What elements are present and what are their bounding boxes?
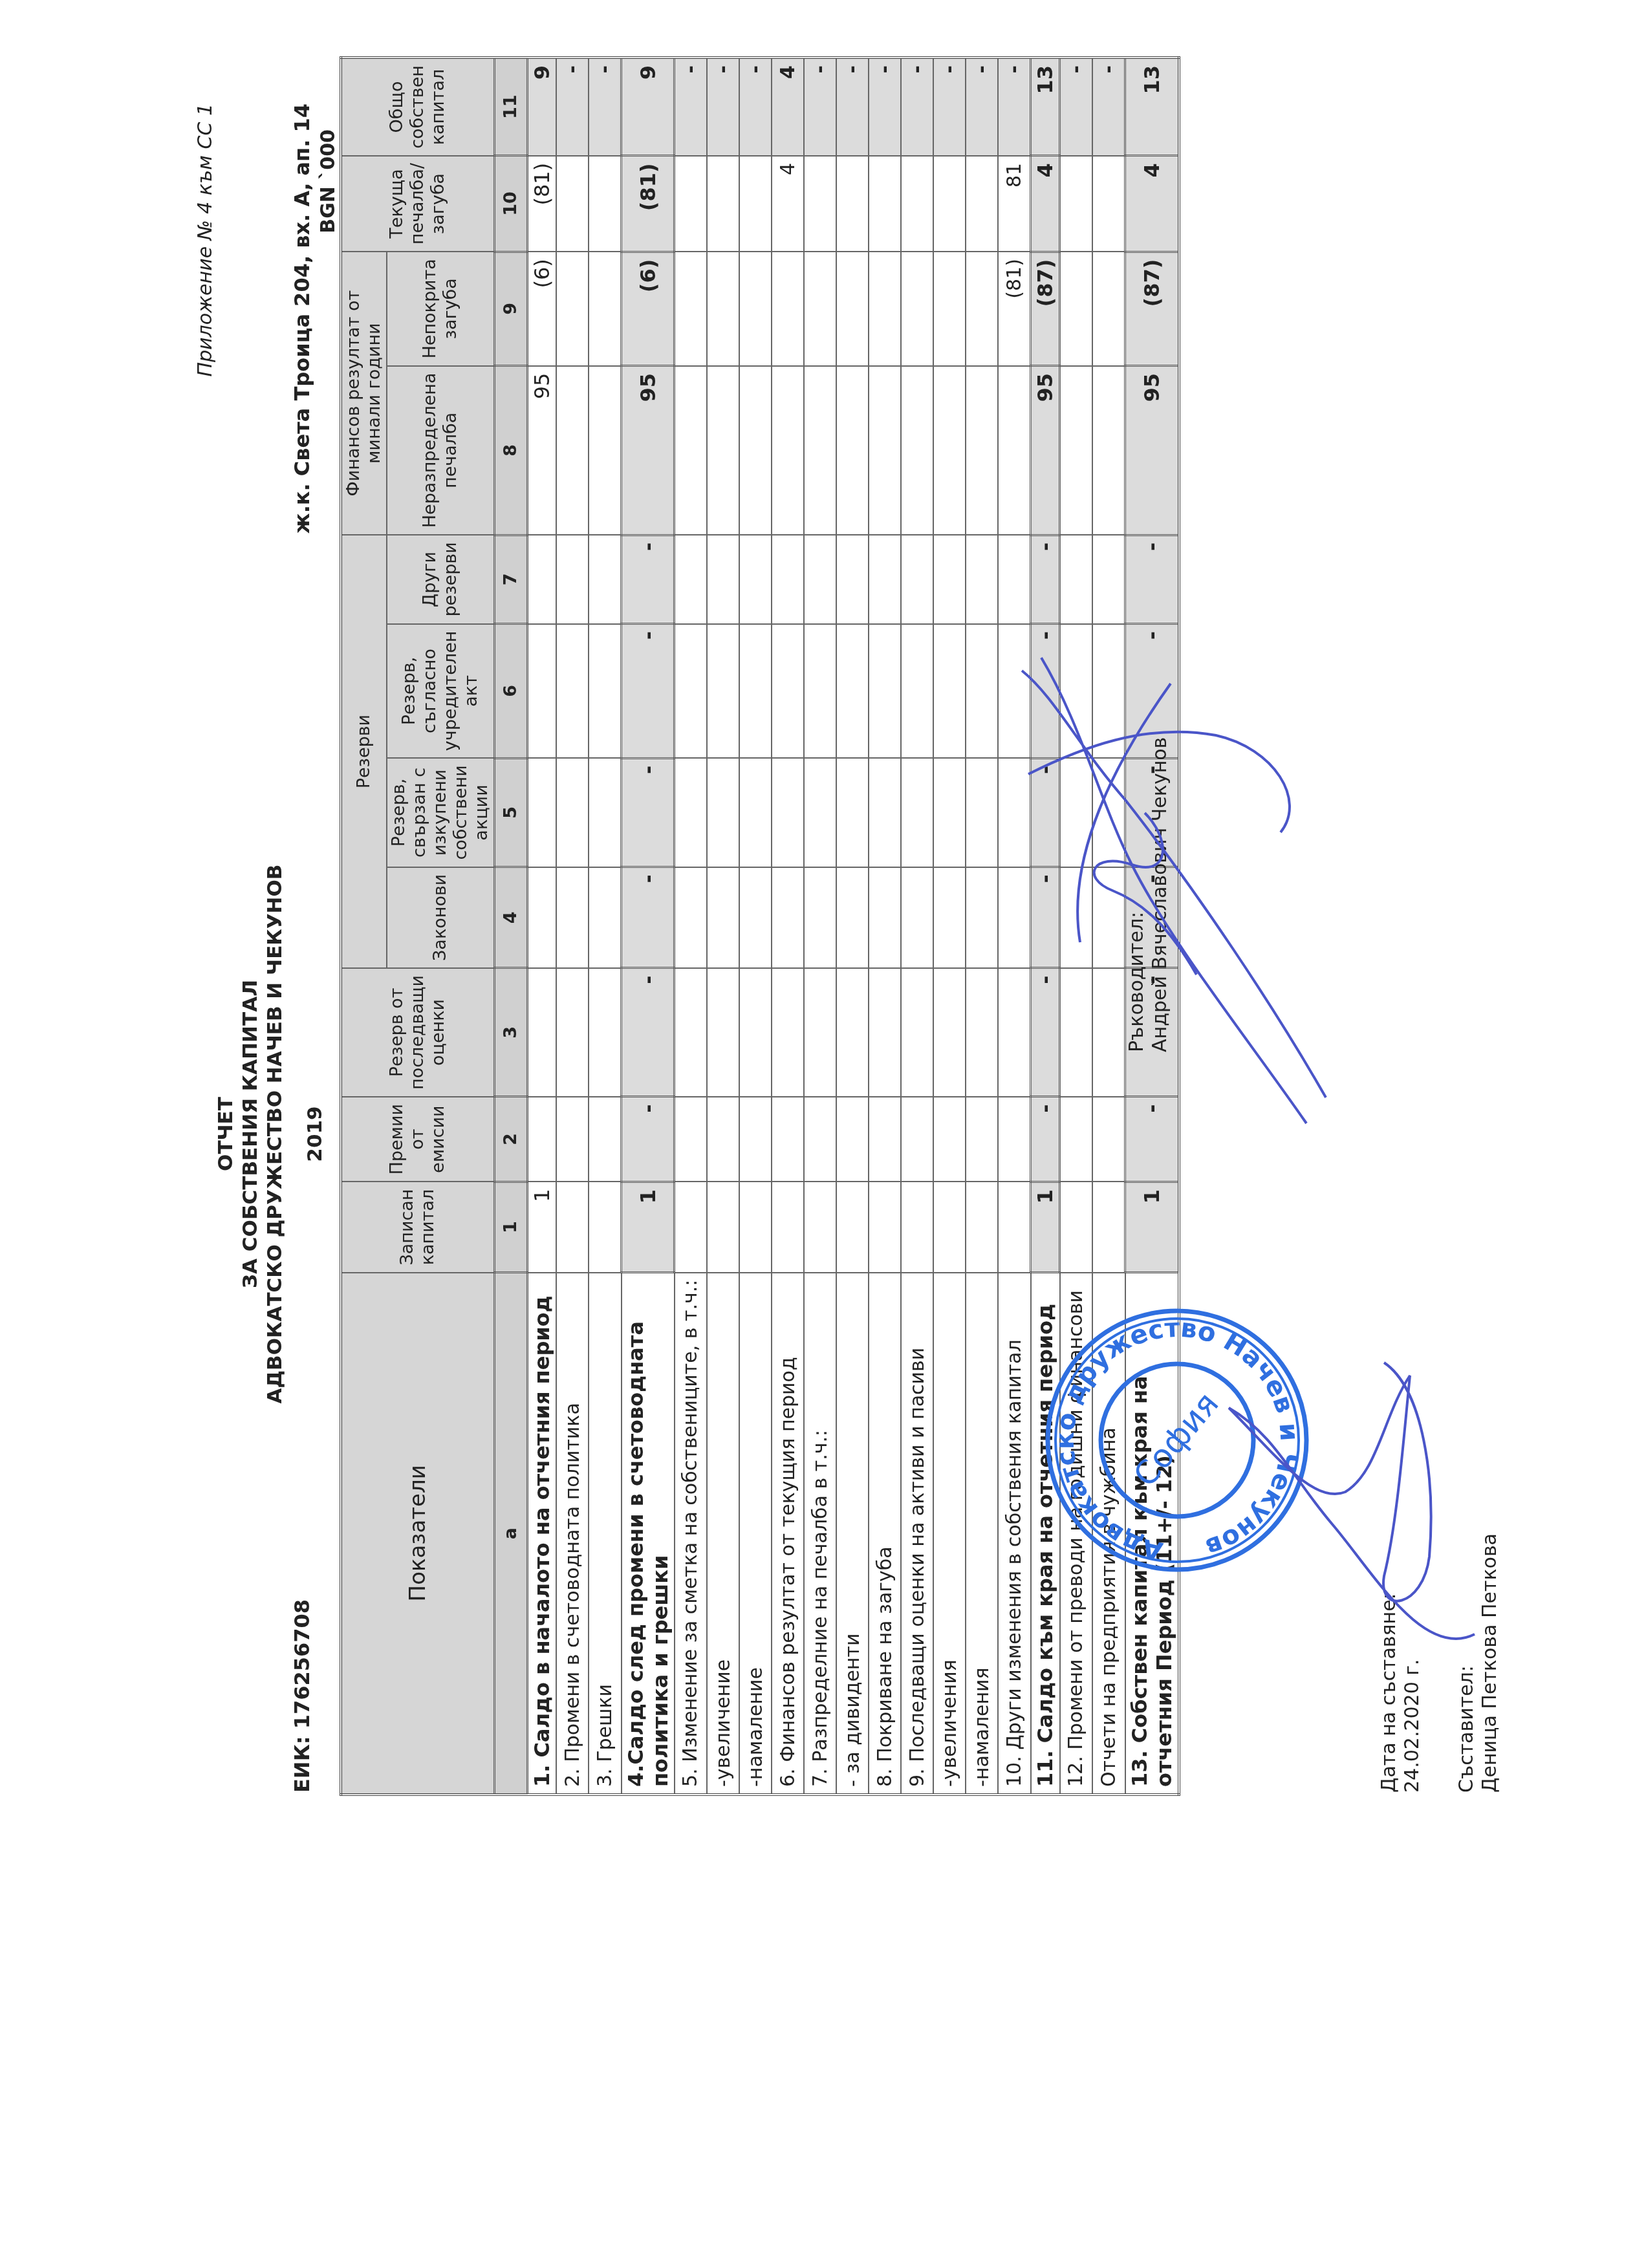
cell-value (1092, 156, 1125, 252)
cell-value (966, 1182, 998, 1272)
cell-value (836, 366, 869, 535)
cell-value (739, 1182, 772, 1272)
cell-value (933, 867, 966, 968)
table-row: -увеличение- (707, 58, 739, 1795)
cell-value: - (622, 1097, 675, 1182)
cell-value (589, 156, 622, 252)
column-number: 4 (495, 867, 528, 968)
manager-signature-icon (1002, 645, 1339, 1136)
cell-value (675, 1097, 708, 1182)
header-retained-profit: Неразпределена печалба (387, 366, 495, 535)
row-label: 7. Разпределние на печалба в т.ч.: (804, 1273, 836, 1795)
cell-value (869, 252, 901, 365)
cell-value (804, 1182, 836, 1272)
cell-value (556, 867, 589, 968)
column-number: 5 (495, 758, 528, 867)
row-label: 2. Промени в счетоводната политика (556, 1273, 589, 1795)
cell-value (556, 758, 589, 867)
cell-value (589, 252, 622, 365)
cell-value: - (998, 58, 1031, 156)
row-label: 5. Изменение за сметка на собствениците,… (675, 1273, 708, 1795)
table-row: 8. Покриване на загуба- (869, 58, 901, 1795)
cell-value: - (901, 58, 933, 156)
table-row: -увеличения- (933, 58, 966, 1795)
cell-value: - (869, 58, 901, 156)
cell-value (772, 624, 804, 759)
cell-value: 95 (1031, 366, 1060, 535)
header-indicators: Показатели (341, 1273, 495, 1795)
cell-value (528, 758, 557, 867)
cell-value (556, 1182, 589, 1272)
cell-value: 4 (1125, 156, 1179, 252)
cell-value (772, 968, 804, 1097)
header-prior-results-group: Финансов резултат от минали години (341, 252, 387, 535)
header-other-reserves: Други резерви (387, 535, 495, 623)
header-registered-capital: Записан капитал (341, 1182, 495, 1272)
cell-value (966, 867, 998, 968)
cell-value (869, 1182, 901, 1272)
row-label: 3. Грешки (589, 1273, 622, 1795)
cell-value (675, 535, 708, 623)
cell-value (998, 535, 1031, 623)
cell-value (966, 252, 998, 365)
cell-value (869, 968, 901, 1097)
column-number: 2 (495, 1097, 528, 1182)
cell-value (707, 1182, 739, 1272)
cell-value: 9 (528, 58, 557, 156)
table-row: 3. Грешки- (589, 58, 622, 1795)
cell-value (1092, 366, 1125, 535)
cell-value: - (622, 968, 675, 1097)
title-line-2: ЗА СОБСТВЕНИЯ КАПИТАЛ (238, 0, 263, 2268)
header-total-equity: Общо собствен капитал (341, 58, 495, 156)
row-label: 10. Други изменения в собствения капитал (998, 1273, 1031, 1795)
cell-value (933, 758, 966, 867)
cell-value (772, 867, 804, 968)
cell-value: - (707, 58, 739, 156)
cell-value: - (1092, 58, 1125, 156)
header-current-result: Текуща печалба/загуба (341, 156, 495, 252)
cell-value (1060, 366, 1093, 535)
cell-value (675, 252, 708, 365)
cell-value (836, 968, 869, 1097)
column-number: 3 (495, 968, 528, 1097)
cell-value (707, 968, 739, 1097)
cell-value (804, 252, 836, 365)
cell-value (804, 867, 836, 968)
cell-value (836, 1182, 869, 1272)
cell-value (901, 1182, 933, 1272)
cell-value (739, 156, 772, 252)
header-reserves-group: Резерви (341, 535, 387, 968)
row-label: 4.Салдо след промени в счетоводната поли… (622, 1273, 675, 1795)
row-label: 6. Финансов резултат от текущия период (772, 1273, 804, 1795)
cell-value (933, 156, 966, 252)
cell-value (869, 867, 901, 968)
cell-value (836, 156, 869, 252)
cell-value (933, 252, 966, 365)
column-number: 11 (495, 58, 528, 156)
table-row: 4.Салдо след промени в счетоводната поли… (622, 58, 675, 1795)
cell-value (739, 1097, 772, 1182)
table-row: 6. Финансов резултат от текущия период44 (772, 58, 804, 1795)
cell-value (739, 535, 772, 623)
cell-value: 13 (1125, 58, 1179, 156)
cell-value (901, 1097, 933, 1182)
cell-value (901, 968, 933, 1097)
cell-value (772, 758, 804, 867)
title-line-1: ОТЧЕТ (213, 0, 238, 2268)
cell-value (556, 624, 589, 759)
cell-value (1060, 156, 1093, 252)
cell-value (589, 624, 622, 759)
cell-value (804, 1097, 836, 1182)
cell-value (966, 366, 998, 535)
cell-value (869, 366, 901, 535)
cell-value: - (622, 535, 675, 623)
cell-value (933, 968, 966, 1097)
column-number: 9 (495, 252, 528, 365)
cell-value (589, 366, 622, 535)
cell-value (556, 156, 589, 252)
cell-value (707, 156, 739, 252)
cell-value: 9 (622, 58, 675, 156)
cell-value (966, 624, 998, 759)
cell-value: - (933, 58, 966, 156)
cell-value (675, 624, 708, 759)
cell-value (804, 156, 836, 252)
cell-value (528, 535, 557, 623)
cell-value (707, 624, 739, 759)
cell-value (772, 535, 804, 623)
cell-value (869, 1097, 901, 1182)
cell-value (589, 535, 622, 623)
cell-value (869, 758, 901, 867)
cell-value (675, 758, 708, 867)
cell-value (528, 1097, 557, 1182)
cell-value: 95 (622, 366, 675, 535)
cell-value (901, 624, 933, 759)
table-row: 1. Салдо в началото на отчетния период19… (528, 58, 557, 1795)
cell-value (772, 1182, 804, 1272)
cell-value: - (622, 867, 675, 968)
cell-value (675, 1182, 708, 1272)
cell-value: - (556, 58, 589, 156)
cell-value: - (675, 58, 708, 156)
cell-value (804, 535, 836, 623)
currency-unit: BGN `000 (317, 129, 340, 233)
cell-value (589, 968, 622, 1097)
svg-text:София: София (1126, 1385, 1226, 1494)
cell-value (901, 366, 933, 535)
cell-value (1092, 535, 1125, 623)
cell-value: 1 (528, 1182, 557, 1272)
cell-value: 4 (1031, 156, 1060, 252)
cell-value (1060, 1182, 1093, 1272)
cell-value (589, 1097, 622, 1182)
cell-value: (6) (528, 252, 557, 365)
cell-value (556, 252, 589, 365)
cell-value (836, 867, 869, 968)
cell-value (772, 1097, 804, 1182)
cell-value (739, 758, 772, 867)
cell-value (675, 867, 708, 968)
cell-value (869, 156, 901, 252)
cell-value: 4 (772, 58, 804, 156)
cell-value: - (836, 58, 869, 156)
row-label: -увеличение (707, 1273, 739, 1795)
cell-value (804, 758, 836, 867)
cell-value (739, 366, 772, 535)
cell-value: - (966, 58, 998, 156)
table-row: 2. Промени в счетоводната политика- (556, 58, 589, 1795)
cell-value (933, 366, 966, 535)
header-revaluation-reserve: Резерв от последващи оценки (341, 968, 495, 1097)
cell-value (528, 867, 557, 968)
cell-value (707, 535, 739, 623)
cell-value (589, 758, 622, 867)
cell-value (901, 252, 933, 365)
table-row: -намаления- (966, 58, 998, 1795)
cell-value (836, 758, 869, 867)
cell-value (739, 252, 772, 365)
cell-value: - (739, 58, 772, 156)
cell-value (966, 1097, 998, 1182)
compiler-signature-icon (1216, 1350, 1488, 1686)
cell-value (739, 867, 772, 968)
cell-value (901, 535, 933, 623)
cell-value: - (1031, 535, 1060, 623)
cell-value: 95 (1125, 366, 1179, 535)
column-number: 7 (495, 535, 528, 623)
header-uncovered-loss: Непокрита загуба (387, 252, 495, 365)
cell-value (772, 252, 804, 365)
table-row: 5. Изменение за сметка на собствениците,… (675, 58, 708, 1795)
row-label: -намаления (966, 1273, 998, 1795)
cell-value: - (622, 758, 675, 867)
cell-value (869, 535, 901, 623)
cell-value (1092, 252, 1125, 365)
title-line-3: АДВОКАТСКО ДРУЖЕСТВО НАЧЕВ И ЧЕКУНОВ (263, 0, 287, 2268)
cell-value (804, 968, 836, 1097)
cell-value: - (1060, 58, 1093, 156)
cell-value (998, 366, 1031, 535)
table-row: 7. Разпределние на печалба в т.ч.:- (804, 58, 836, 1795)
cell-value (869, 624, 901, 759)
table-row: - за дивиденти- (836, 58, 869, 1795)
cell-value (556, 366, 589, 535)
cell-value (933, 535, 966, 623)
column-number: а (495, 1273, 528, 1795)
cell-value (556, 1097, 589, 1182)
document-page: Приложение № 4 към СС 1 ОТЧЕТ ЗА СОБСТВЕ… (0, 0, 1635, 2268)
cell-value: (87) (1031, 252, 1060, 365)
cell-value: - (622, 624, 675, 759)
cell-value (675, 968, 708, 1097)
company-eik: ЕИК: 176256708 (290, 1599, 314, 1793)
cell-value (901, 867, 933, 968)
cell-value (966, 535, 998, 623)
cell-value: (81) (528, 156, 557, 252)
column-number-row: а1234567891011 (495, 58, 528, 1795)
cell-value (804, 366, 836, 535)
cell-value (1092, 1182, 1125, 1272)
row-label: -увеличения (933, 1273, 966, 1795)
cell-value: (81) (622, 156, 675, 252)
cell-value (707, 758, 739, 867)
cell-value: 1 (1125, 1182, 1179, 1272)
cell-value (933, 1182, 966, 1272)
cell-value (804, 624, 836, 759)
cell-value (966, 758, 998, 867)
cell-value (933, 1097, 966, 1182)
row-label: - за дивиденти (836, 1273, 869, 1795)
cell-value: - (589, 58, 622, 156)
cell-value (675, 366, 708, 535)
header-statutory-reserve: Резерв, съгласно учредителен акт (387, 624, 495, 759)
cell-value (836, 252, 869, 365)
cell-value (589, 867, 622, 968)
cell-value (966, 156, 998, 252)
column-number: 10 (495, 156, 528, 252)
cell-value (836, 1097, 869, 1182)
cell-value (707, 252, 739, 365)
cell-value: 13 (1031, 58, 1060, 156)
cell-value (1060, 535, 1093, 623)
cell-value: (87) (1125, 252, 1179, 365)
cell-value (901, 156, 933, 252)
cell-value (707, 366, 739, 535)
cell-value (739, 624, 772, 759)
cell-value: (6) (622, 252, 675, 365)
cell-value: 4 (772, 156, 804, 252)
cell-value: - (1125, 535, 1179, 623)
cell-value: 1 (622, 1182, 675, 1272)
cell-value: 95 (528, 366, 557, 535)
row-label: 1. Салдо в началото на отчетния период (528, 1273, 557, 1795)
row-label: 9. Последващи оценки на активи и пасиви (901, 1273, 933, 1795)
cell-value: (81) (998, 252, 1031, 365)
column-number: 6 (495, 624, 528, 759)
row-label: -намаление (739, 1273, 772, 1795)
header-share-premium: Премии от емисии (341, 1097, 495, 1182)
cell-value (772, 366, 804, 535)
cell-value (1060, 252, 1093, 365)
column-number: 1 (495, 1182, 528, 1272)
table-row: -намаление- (739, 58, 772, 1795)
header-legal-reserves: Законови (387, 867, 495, 968)
table-row: 9. Последващи оценки на активи и пасиви- (901, 58, 933, 1795)
cell-value (998, 1182, 1031, 1272)
cell-value (966, 968, 998, 1097)
company-address: ж.к. Света Троица 204, вх. А, ап. 14 (290, 103, 314, 534)
cell-value: 81 (998, 156, 1031, 252)
cell-value (836, 624, 869, 759)
cell-value: - (804, 58, 836, 156)
cell-value (589, 1182, 622, 1272)
cell-value (933, 624, 966, 759)
cell-value (528, 968, 557, 1097)
cell-value (556, 968, 589, 1097)
cell-value: 1 (1031, 1182, 1060, 1272)
header-treasury-reserve: Резерв, свързан с изкупени собствени акц… (387, 758, 495, 867)
row-label: 8. Покриване на загуба (869, 1273, 901, 1795)
cell-value (707, 1097, 739, 1182)
cell-value (836, 535, 869, 623)
cell-value (901, 758, 933, 867)
column-number: 8 (495, 366, 528, 535)
cell-value (556, 535, 589, 623)
cell-value (707, 867, 739, 968)
cell-value (528, 624, 557, 759)
cell-value (675, 156, 708, 252)
cell-value (739, 968, 772, 1097)
